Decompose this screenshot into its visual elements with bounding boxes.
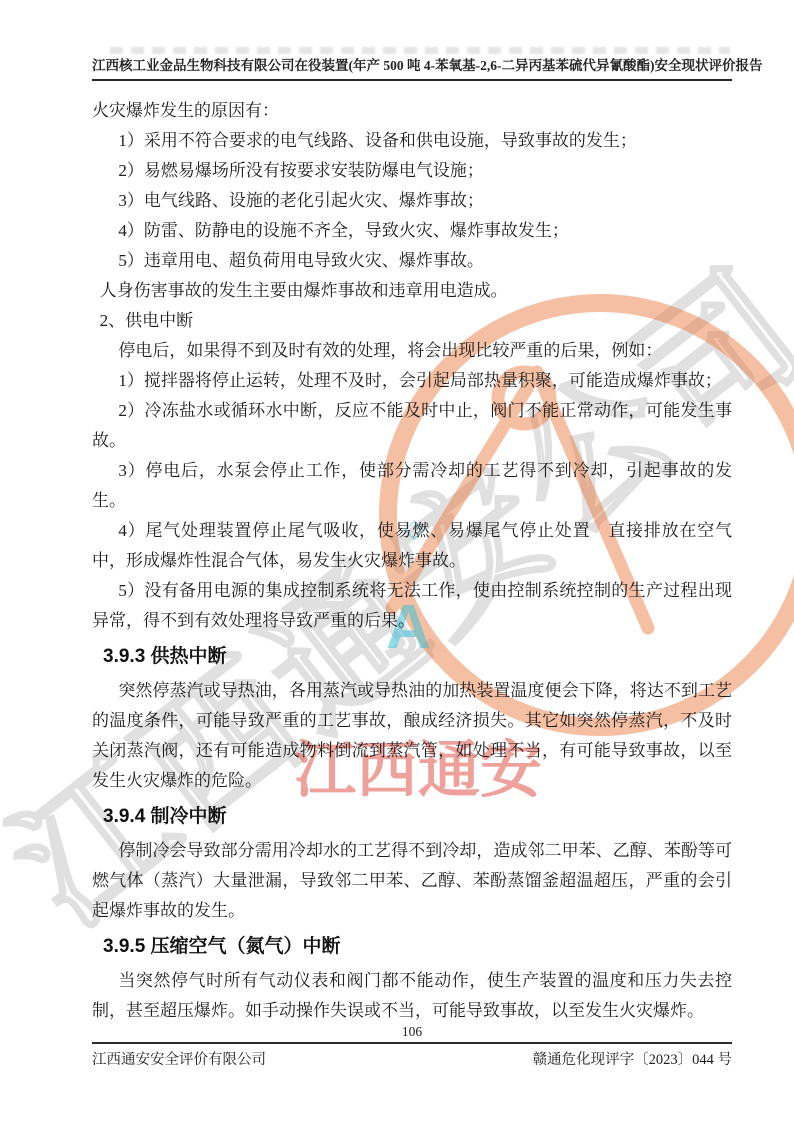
- list-item: 1）搅拌器将停止运转，处理不及时，会引起局部热量积聚，可能造成爆炸事故；: [92, 366, 732, 396]
- footer-doc-number: 赣通危化现评字〔2023〕044 号: [533, 1048, 732, 1069]
- section-heading: 3.9.3 供热中断: [92, 640, 732, 674]
- list-item: 2）冷冻盐水或循环水中断，反应不能及时中止，阀门不能正常动作，可能发生事故。: [92, 396, 732, 456]
- list-item: 5）没有备用电源的集成控制系统将无法工作，使由控制系统控制的生产过程出现异常，得…: [92, 576, 732, 636]
- list-item: 1）采用不符合要求的电气线路、设备和供电设施，导致事故的发生；: [92, 126, 732, 156]
- section-body: 当突然停气时所有气动仪表和阀门都不能动作，使生产装置的温度和压力失去控制，甚至超…: [92, 966, 732, 1026]
- list-item: 4）尾气处理装置停止尾气吸收，使易燃、易爆尾气停止处置 直接排放在空气中，形成爆…: [92, 516, 732, 576]
- page-header: 江西核工业金品生物科技有限公司在役装置(年产 500 吨 4-苯氧基-2,6-二…: [92, 54, 732, 81]
- footer-company: 江西通安安全评价有限公司: [92, 1048, 266, 1069]
- section-3-9-4: 3.9.4 制冷中断 停制冷会导致部分需用冷却水的工艺得不到冷却，造成邻二甲苯、…: [92, 800, 732, 926]
- list-item: 4）防雷、防静电的设施不齐全，导致火灾、爆炸事故发生；: [92, 216, 732, 246]
- list-item: 5）违章用电、超负荷用电导致火灾、爆炸事故。: [92, 246, 732, 276]
- report-title: 江西核工业金品生物科技有限公司在役装置(年产 500 吨 4-苯氧基-2,6-二…: [92, 54, 732, 74]
- body-line: 火灾爆炸发生的原因有：: [92, 96, 732, 126]
- body-line: 人身伤害事故的发生主要由爆炸事故和违章用电造成。: [92, 276, 732, 306]
- report-page: 江西核工业金品生物科技有限公司在役装置(年产 500 吨 4-苯氧基-2,6-二…: [0, 0, 794, 1123]
- section-body: 停制冷会导致部分需用冷却水的工艺得不到冷却，造成邻二甲苯、乙醇、苯酚等可燃气体（…: [92, 836, 732, 926]
- section-heading: 3.9.4 制冷中断: [92, 800, 732, 834]
- document-body: 火灾爆炸发生的原因有： 1）采用不符合要求的电气线路、设备和供电设施，导致事故的…: [92, 96, 732, 1026]
- section-heading: 3.9.5 压缩空气（氮气）中断: [92, 930, 732, 964]
- page-number: 106: [92, 1022, 732, 1042]
- section-3-9-5: 3.9.5 压缩空气（氮气）中断 当突然停气时所有气动仪表和阀门都不能动作，使生…: [92, 930, 732, 1026]
- subheading-line: 2、供电中断: [92, 306, 732, 336]
- scan-artifact-strip: [110, 47, 730, 54]
- list-item: 2）易燃易爆场所没有按要求安装防爆电气设施；: [92, 156, 732, 186]
- list-item: 3）停电后，水泵会停止工作，使部分需冷却的工艺得不到冷却，引起事故的发生。: [92, 456, 732, 516]
- page-footer: 106 江西通安安全评价有限公司 赣通危化现评字〔2023〕044 号: [92, 1022, 732, 1069]
- section-body: 突然停蒸汽或导热油，各用蒸汽或导热油的加热装置温度便会下降，将达不到工艺的温度条…: [92, 676, 732, 796]
- body-line: 停电后，如果得不到及时有效的处理，将会出现比较严重的后果，例如：: [92, 336, 732, 366]
- section-3-9-3: 3.9.3 供热中断 突然停蒸汽或导热油，各用蒸汽或导热油的加热装置温度便会下降…: [92, 640, 732, 796]
- list-item: 3）电气线路、设施的老化引起火灾、爆炸事故；: [92, 186, 732, 216]
